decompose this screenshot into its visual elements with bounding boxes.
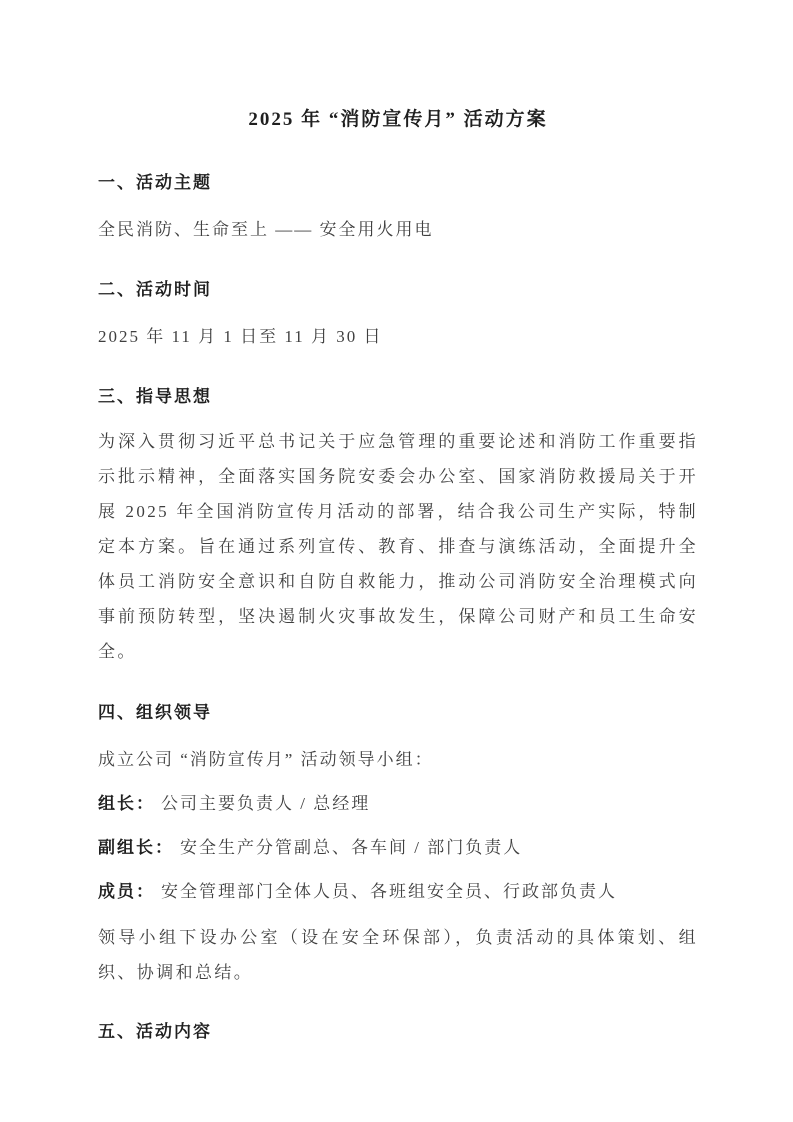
section-heading-activity-content: 五、活动内容 [98, 1020, 698, 1043]
role-label-leader: 组长： [98, 794, 155, 813]
section-heading-activity-time: 二、活动时间 [98, 278, 698, 301]
leading-group-office-note: 领导小组下设办公室（设在安全环保部），负责活动的具体策划、组织、协调和总结。 [98, 920, 698, 990]
role-text-deputy-leader: 安全生产分管副总、各车间 / 部门负责人 [180, 838, 522, 857]
activity-time-text: 2025 年 11 月 1 日至 11 月 30 日 [98, 325, 698, 349]
role-line-members: 成员：安全管理部门全体人员、各班组安全员、行政部负责人 [98, 880, 698, 904]
section-heading-guiding-ideology: 三、指导思想 [98, 385, 698, 408]
role-text-members: 安全管理部门全体人员、各班组安全员、行政部负责人 [161, 882, 617, 901]
activity-theme-text: 全民消防、生命至上 —— 安全用火用电 [98, 218, 698, 242]
guiding-ideology-paragraph: 为深入贯彻习近平总书记关于应急管理的重要论述和消防工作重要指示批示精神，全面落实… [98, 424, 698, 669]
role-text-leader: 公司主要负责人 / 总经理 [161, 794, 370, 813]
document-page: 2025 年 “消防宣传月” 活动方案 一、活动主题 全民消防、生命至上 —— … [0, 0, 793, 1122]
role-line-leader: 组长：公司主要负责人 / 总经理 [98, 792, 698, 816]
role-label-members: 成员： [98, 882, 155, 901]
role-line-deputy-leader: 副组长：安全生产分管副总、各车间 / 部门负责人 [98, 836, 698, 860]
role-label-deputy-leader: 副组长： [98, 838, 174, 857]
section-heading-organization-leadership: 四、组织领导 [98, 701, 698, 724]
document-title: 2025 年 “消防宣传月” 活动方案 [98, 106, 698, 134]
leading-group-intro: 成立公司 “消防宣传月” 活动领导小组： [98, 748, 698, 772]
section-heading-activity-theme: 一、活动主题 [98, 171, 698, 194]
